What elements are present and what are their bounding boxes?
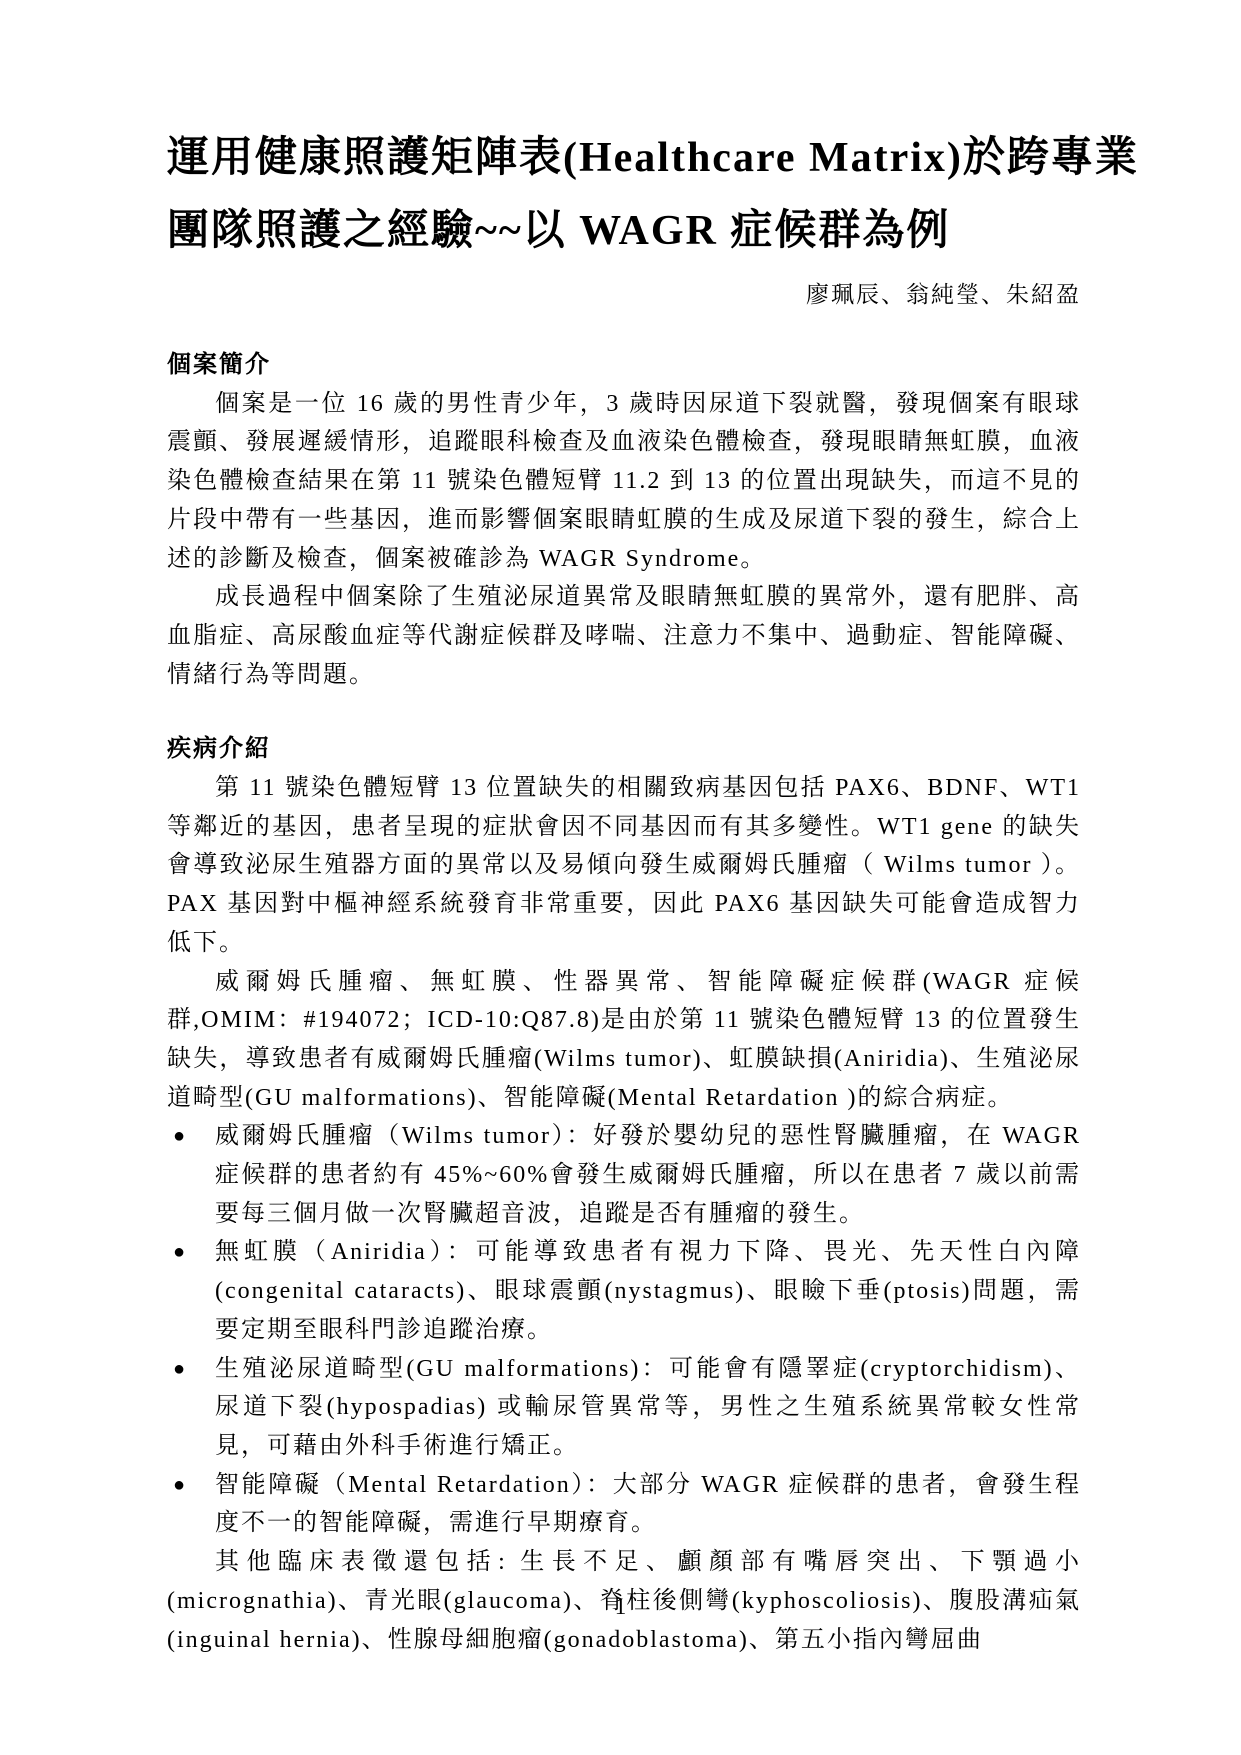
section-heading-case-intro: 個案簡介 (167, 346, 1081, 385)
disease-intro-paragraph-2: 威爾姆氏腫瘤、無虹膜、性器異常、智能障礙症候群(WAGR 症候群,OMIM：#1… (167, 963, 1081, 1118)
bullet-item-gu-malformations: ● 生殖泌尿道畸型(GU malformations)：可能會有隱睪症(cryp… (167, 1350, 1081, 1466)
page-number: 1 (0, 1592, 1241, 1622)
bullet-text-mental-retardation: 智能障礙（Mental Retardation）：大部分 WAGR 症候群的患者… (215, 1472, 1081, 1537)
section-heading-disease-intro: 疾病介紹 (167, 730, 1081, 769)
disease-intro-paragraph-1: 第 11 號染色體短臂 13 位置缺失的相關致病基因包括 PAX6、BDNF、W… (167, 769, 1081, 963)
bullet-text-gu-malformations: 生殖泌尿道畸型(GU malformations)：可能會有隱睪症(crypto… (215, 1356, 1081, 1459)
case-intro-paragraph-1: 個案是一位 16 歲的男性青少年，3 歲時因尿道下裂就醫，發現個案有眼球震顫、發… (167, 385, 1081, 579)
bullet-item-mental-retardation: ● 智能障礙（Mental Retardation）：大部分 WAGR 症候群的… (167, 1466, 1081, 1543)
bullet-icon: ● (173, 1233, 185, 1272)
bullet-text-aniridia: 無虹膜（Aniridia）：可能導致患者有視力下降、畏光、先天性白內障(cong… (215, 1239, 1081, 1342)
bullet-icon: ● (173, 1466, 185, 1505)
authors-line: 廖珮辰、翁純瑩、朱紹盈 (167, 280, 1081, 310)
bullet-item-wilms-tumor: ● 威爾姆氏腫瘤（Wilms tumor）：好發於嬰幼兒的惡性腎臟腫瘤，在 WA… (167, 1117, 1081, 1233)
bullet-icon: ● (173, 1350, 185, 1389)
title-line-2: 團隊照護之經驗~~以 WAGR 症候群為例 (167, 195, 1081, 268)
document-page: 運用健康照護矩陣表(Healthcare Matrix)於跨專業 團隊照護之經驗… (0, 0, 1241, 1755)
bullet-text-wilms-tumor: 威爾姆氏腫瘤（Wilms tumor）：好發於嬰幼兒的惡性腎臟腫瘤，在 WAGR… (215, 1123, 1081, 1226)
title-line-1: 運用健康照護矩陣表(Healthcare Matrix)於跨專業 (167, 122, 1081, 195)
case-intro-paragraph-2: 成長過程中個案除了生殖泌尿道異常及眼睛無虹膜的異常外，還有肥胖、高血脂症、高尿酸… (167, 578, 1081, 694)
symptom-bullet-list: ● 威爾姆氏腫瘤（Wilms tumor）：好發於嬰幼兒的惡性腎臟腫瘤，在 WA… (167, 1117, 1081, 1543)
bullet-item-aniridia: ● 無虹膜（Aniridia）：可能導致患者有視力下降、畏光、先天性白內障(co… (167, 1233, 1081, 1349)
bullet-icon: ● (173, 1117, 185, 1156)
document-title: 運用健康照護矩陣表(Healthcare Matrix)於跨專業 團隊照護之經驗… (167, 122, 1081, 268)
